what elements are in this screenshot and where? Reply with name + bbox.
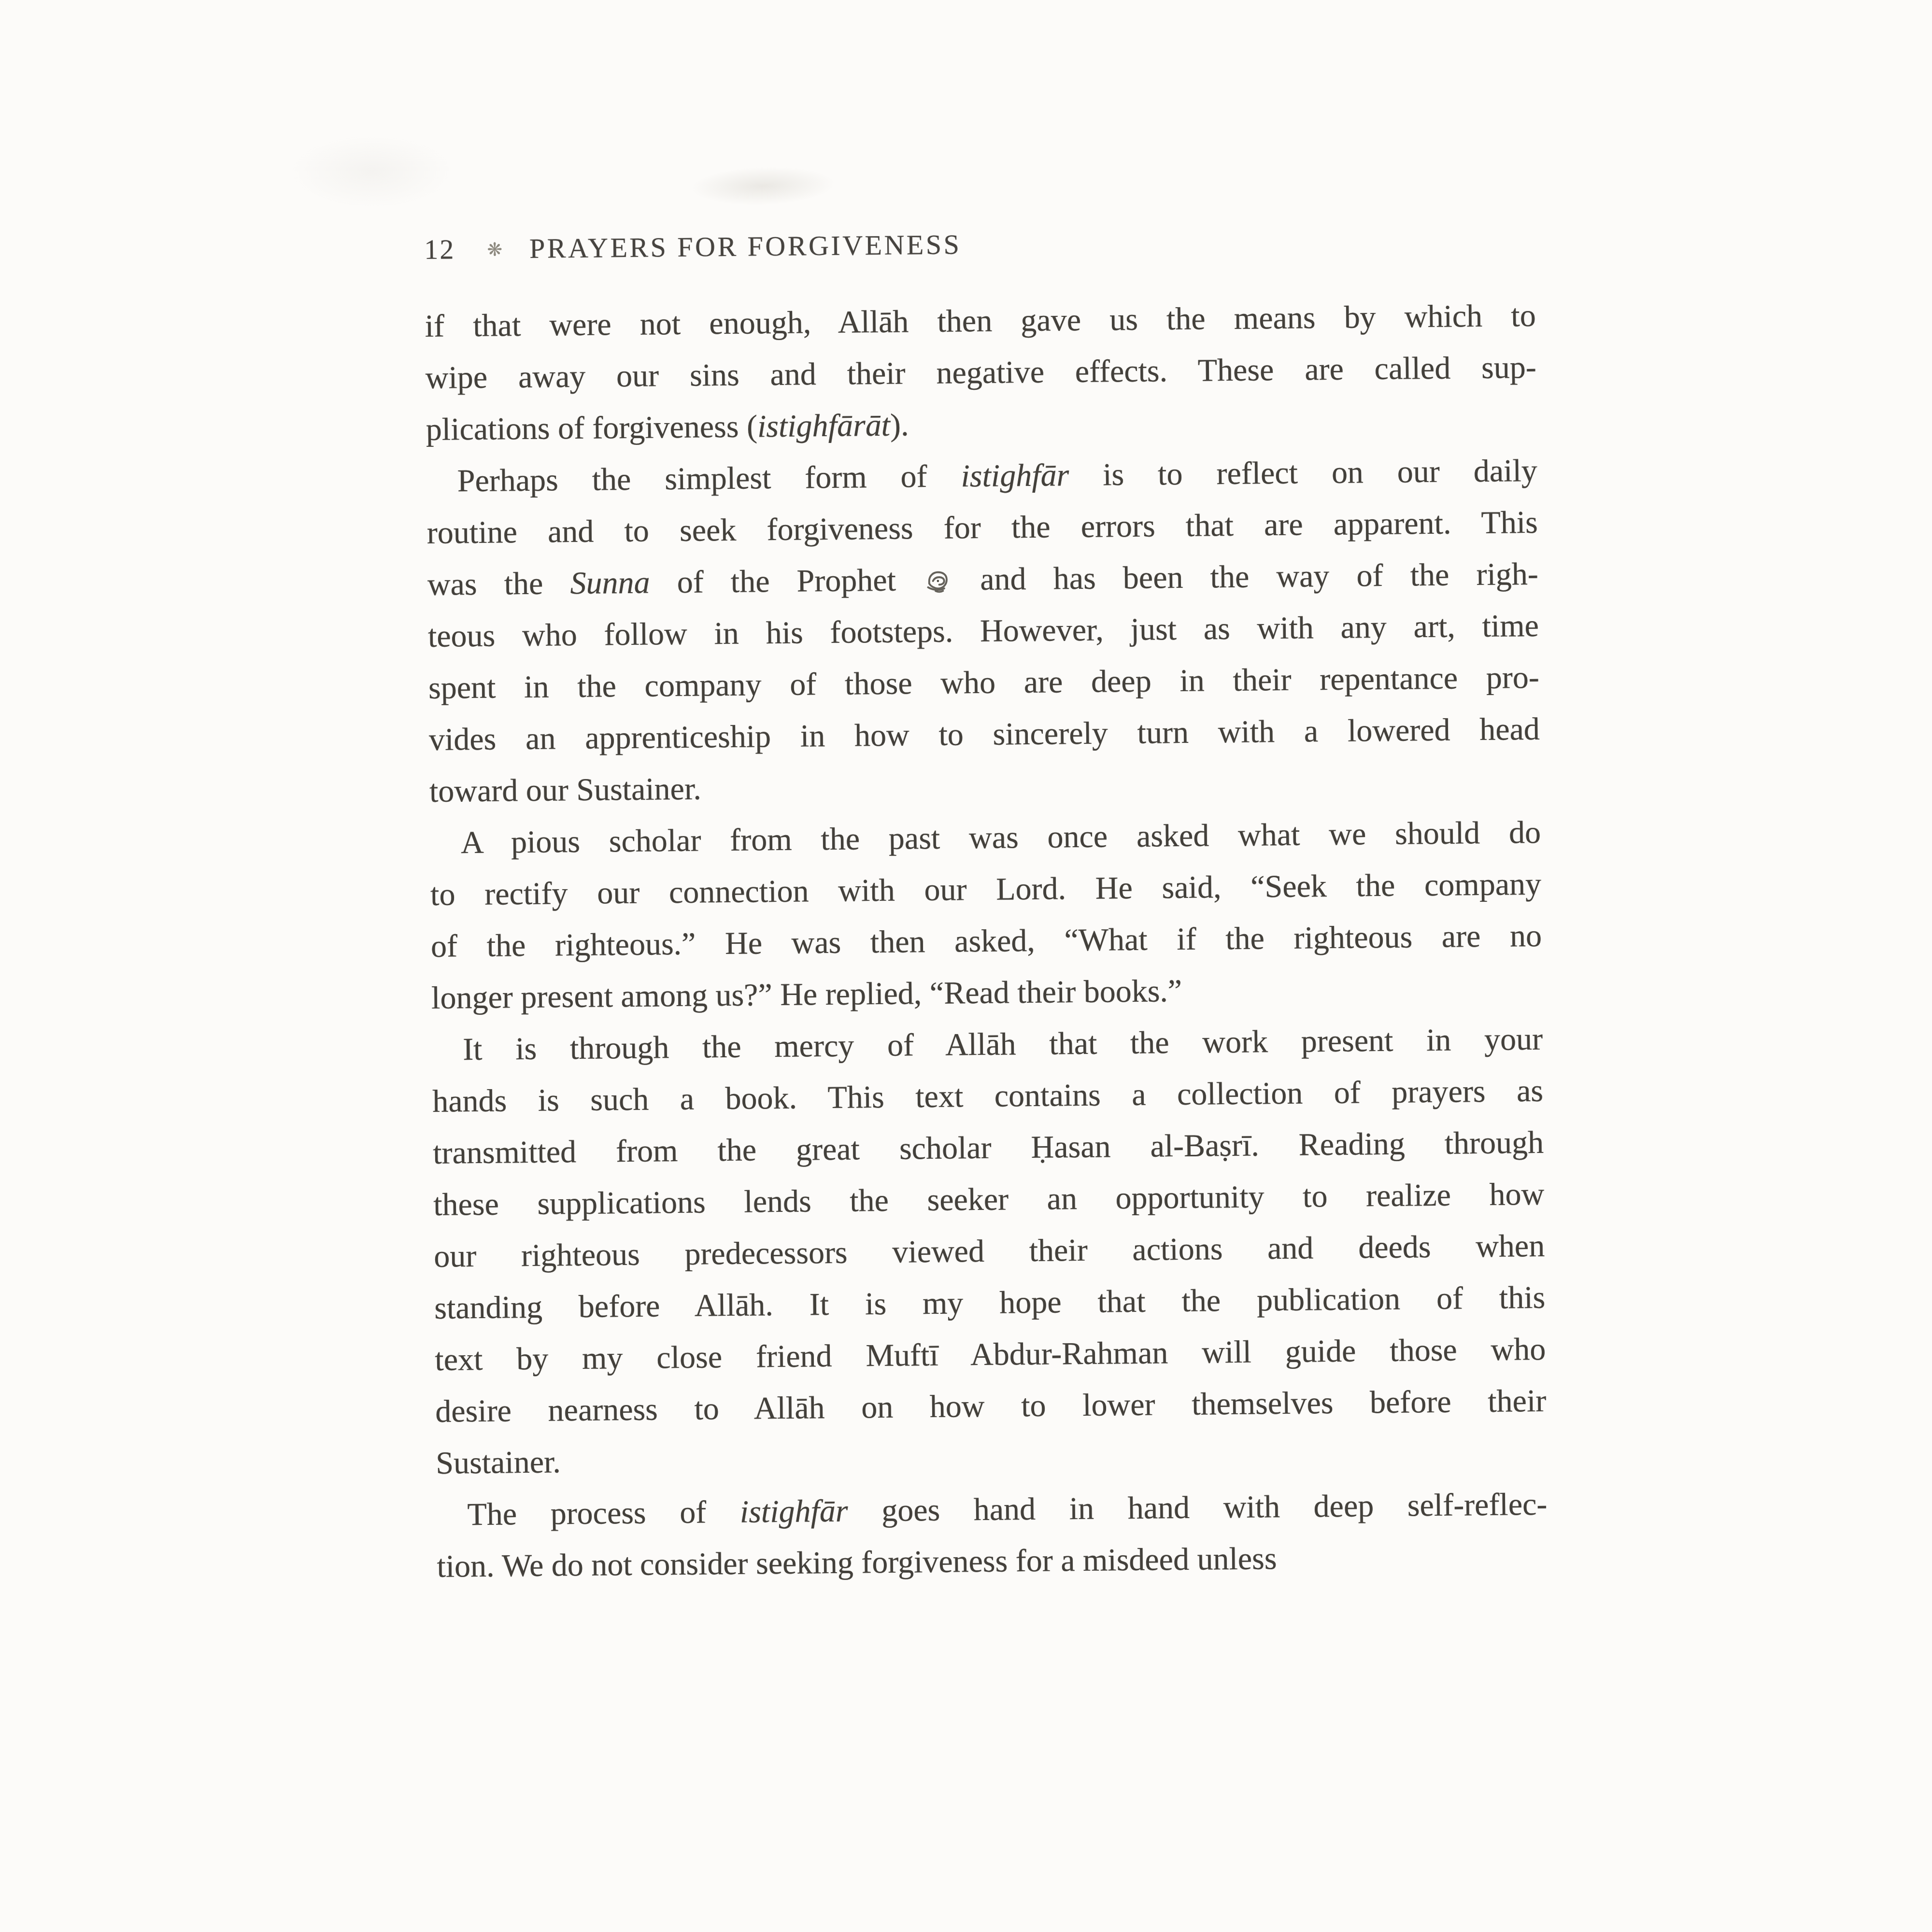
scan-smudge [290, 135, 454, 208]
running-header: 12❋PRAYERS FOR FORGIVENESS [424, 225, 1535, 264]
page-number: 12 [424, 233, 455, 265]
text-line: vides an apprenticeship in how to sincer… [429, 703, 1540, 766]
paragraph: A pious scholar from the past was once a… [430, 807, 1543, 1024]
text-line: desire nearness to Allāh on how to lower… [435, 1375, 1547, 1437]
page-content: 12❋PRAYERS FOR FORGIVENESS if that were … [424, 225, 1548, 1592]
scan-smudge [690, 164, 837, 208]
text-line: The process of istighfār goes hand in ha… [436, 1478, 1548, 1541]
paragraph: The process of istighfār goes hand in ha… [436, 1478, 1548, 1592]
paragraph: It is through the mercy of Allāh that th… [432, 1013, 1547, 1489]
text-line: wipe away our sins and their negative ef… [425, 341, 1536, 404]
body-text: if that were not enough, Allāh then gave… [425, 290, 1548, 1592]
text-line: tion. We do not consider seeking forgive… [437, 1530, 1548, 1592]
running-header-title: PRAYERS FOR FORGIVENESS [529, 228, 962, 264]
paragraph: if that were not enough, Allāh then gave… [425, 290, 1537, 455]
scanned-book-page: 12❋PRAYERS FOR FORGIVENESS if that were … [0, 0, 1932, 1932]
prophet-honorific-icon [923, 566, 953, 597]
paragraph: Perhaps the simplest form of istighfār i… [426, 445, 1540, 817]
header-ornament-icon: ❋ [487, 239, 502, 260]
text-line: of the righteous.” He was then asked, “W… [431, 910, 1542, 972]
